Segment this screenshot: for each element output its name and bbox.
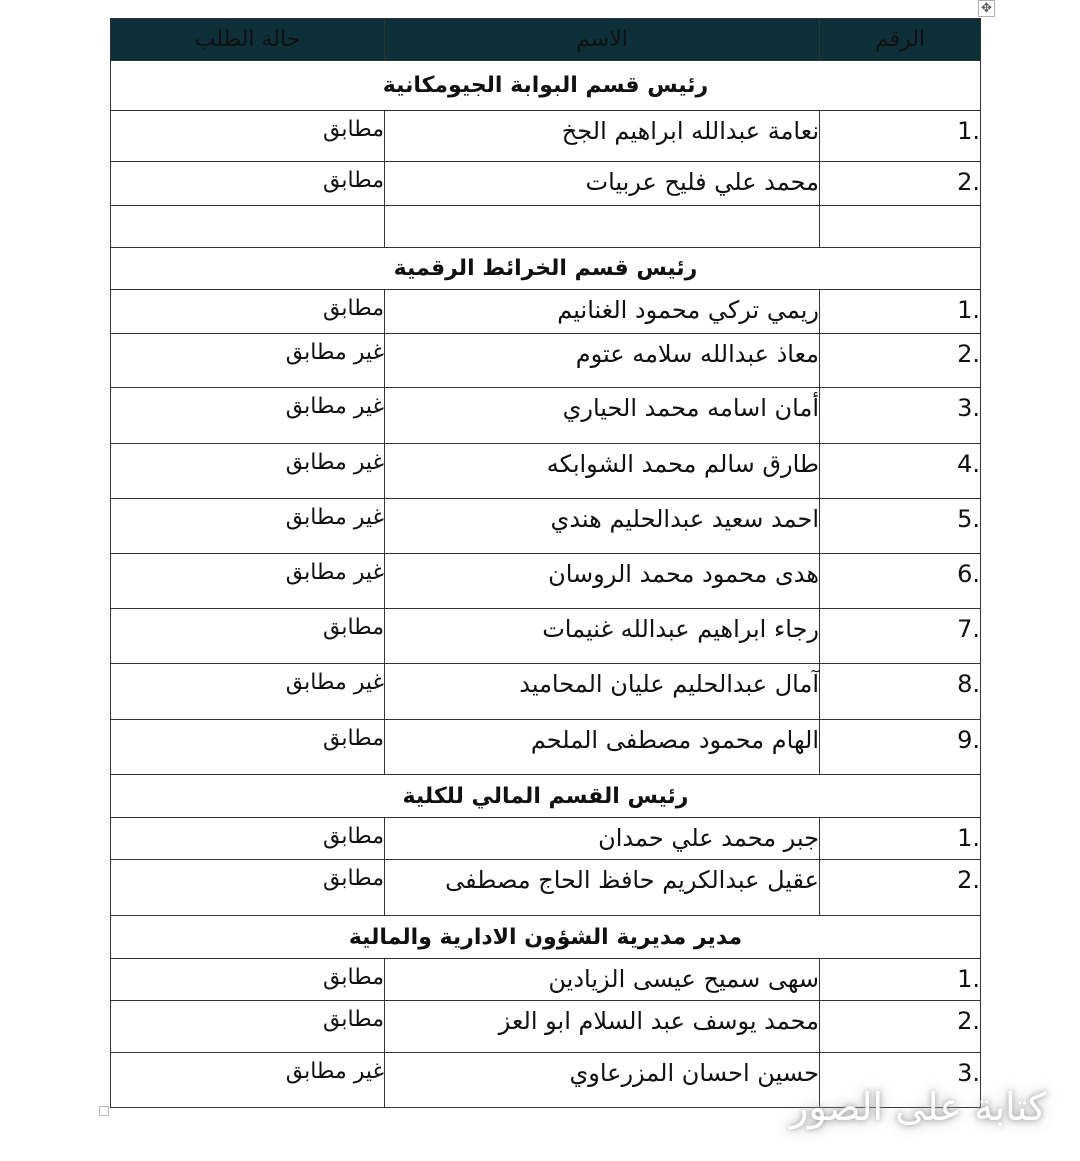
row-name: طارق سالم محمد الشوابكه: [385, 444, 820, 499]
row-name: عقيل عبدالكريم حافظ الحاج مصطفى: [385, 860, 820, 916]
row-status: مطابق: [111, 111, 385, 162]
row-number: 8.: [820, 664, 981, 720]
row-name: الهام محمود مصطفى الملحم: [385, 720, 820, 775]
row-number: 1.: [820, 959, 981, 1001]
header-name: الاسم: [385, 19, 820, 61]
table-resize-handle[interactable]: [99, 1106, 109, 1116]
row-name: آمال عبدالحليم عليان المحاميد: [385, 664, 820, 720]
row-status: [111, 206, 385, 248]
table-row: 4.طارق سالم محمد الشوابكهغير مطابق: [111, 444, 981, 499]
table-row: 2.معاذ عبدالله سلامه عتومغير مطابق: [111, 334, 981, 388]
table-row: 8.آمال عبدالحليم عليان المحاميدغير مطابق: [111, 664, 981, 720]
row-status: مطابق: [111, 818, 385, 860]
row-status: غير مطابق: [111, 444, 385, 499]
row-name: سهى سميح عيسى الزيادين: [385, 959, 820, 1001]
table-row: 5.احمد سعيد عبدالحليم هنديغير مطابق: [111, 499, 981, 554]
table-row: 1.جبر محمد علي حمدانمطابق: [111, 818, 981, 860]
row-number: 2.: [820, 860, 981, 916]
watermark-text: كتابة على الصور: [790, 1085, 1046, 1129]
table-row: 6.هدى محمود محمد الروسانغير مطابق: [111, 554, 981, 609]
table-row: 1.سهى سميح عيسى الزيادينمطابق: [111, 959, 981, 1001]
row-status: مطابق: [111, 1001, 385, 1053]
table-row: 7.رجاء ابراهيم عبدالله غنيماتمطابق: [111, 609, 981, 664]
row-status: مطابق: [111, 959, 385, 1001]
row-name: احمد سعيد عبدالحليم هندي: [385, 499, 820, 554]
row-status: مطابق: [111, 860, 385, 916]
row-number: 3.: [820, 388, 981, 444]
table-move-handle-icon[interactable]: ✥: [978, 0, 995, 17]
table-row: 2.عقيل عبدالكريم حافظ الحاج مصطفىمطابق: [111, 860, 981, 916]
row-number: 1.: [820, 111, 981, 162]
row-name: هدى محمود محمد الروسان: [385, 554, 820, 609]
table-row: 2.محمد يوسف عبد السلام ابو العزمطابق: [111, 1001, 981, 1053]
header-status: حالة الطلب: [111, 19, 385, 61]
table-row: 1.ريمي تركي محمود الغنانيممطابق: [111, 290, 981, 334]
section-row: رئيس قسم البوابة الجيومكانية: [111, 61, 981, 111]
table-row: 3.أمان اسامه محمد الحياريغير مطابق: [111, 388, 981, 444]
row-number: [820, 206, 981, 248]
row-number: 4.: [820, 444, 981, 499]
table-header-row: الرقم الاسم حالة الطلب: [111, 19, 981, 61]
row-number: 2.: [820, 162, 981, 206]
row-status: غير مطابق: [111, 499, 385, 554]
row-status: غير مطابق: [111, 1053, 385, 1108]
row-status: مطابق: [111, 720, 385, 775]
row-name: نعامة عبدالله ابراهيم الجخ: [385, 111, 820, 162]
row-number: 1.: [820, 818, 981, 860]
row-name: أمان اسامه محمد الحياري: [385, 388, 820, 444]
table-row: 9.الهام محمود مصطفى الملحممطابق: [111, 720, 981, 775]
section-row: مدير مديرية الشؤون الادارية والمالية: [111, 916, 981, 959]
row-status: مطابق: [111, 162, 385, 206]
row-number: 7.: [820, 609, 981, 664]
row-name: ريمي تركي محمود الغنانيم: [385, 290, 820, 334]
row-name: [385, 206, 820, 248]
row-number: 2.: [820, 334, 981, 388]
section-title: مدير مديرية الشؤون الادارية والمالية: [111, 916, 981, 959]
row-name: حسين احسان المزرعاوي: [385, 1053, 820, 1108]
header-number: الرقم: [820, 19, 981, 61]
table-row: 1.نعامة عبدالله ابراهيم الجخمطابق: [111, 111, 981, 162]
row-status: مطابق: [111, 609, 385, 664]
row-name: معاذ عبدالله سلامه عتوم: [385, 334, 820, 388]
section-row: رئيس القسم المالي للكلية: [111, 775, 981, 818]
row-name: جبر محمد علي حمدان: [385, 818, 820, 860]
section-row: رئيس قسم الخرائط الرقمية: [111, 248, 981, 290]
row-number: 9.: [820, 720, 981, 775]
row-status: غير مطابق: [111, 388, 385, 444]
row-status: غير مطابق: [111, 554, 385, 609]
results-table: الرقم الاسم حالة الطلب رئيس قسم البوابة …: [110, 18, 981, 1108]
row-number: 1.: [820, 290, 981, 334]
row-name: محمد علي فليح عربيات: [385, 162, 820, 206]
section-title: رئيس قسم الخرائط الرقمية: [111, 248, 981, 290]
row-name: رجاء ابراهيم عبدالله غنيمات: [385, 609, 820, 664]
row-status: مطابق: [111, 290, 385, 334]
row-status: غير مطابق: [111, 334, 385, 388]
table-row: 2.محمد علي فليح عربياتمطابق: [111, 162, 981, 206]
row-name: محمد يوسف عبد السلام ابو العز: [385, 1001, 820, 1053]
section-title: رئيس القسم المالي للكلية: [111, 775, 981, 818]
row-number: 2.: [820, 1001, 981, 1053]
row-status: غير مطابق: [111, 664, 385, 720]
row-number: 5.: [820, 499, 981, 554]
row-number: 6.: [820, 554, 981, 609]
section-title: رئيس قسم البوابة الجيومكانية: [111, 61, 981, 111]
table-row: [111, 206, 981, 248]
